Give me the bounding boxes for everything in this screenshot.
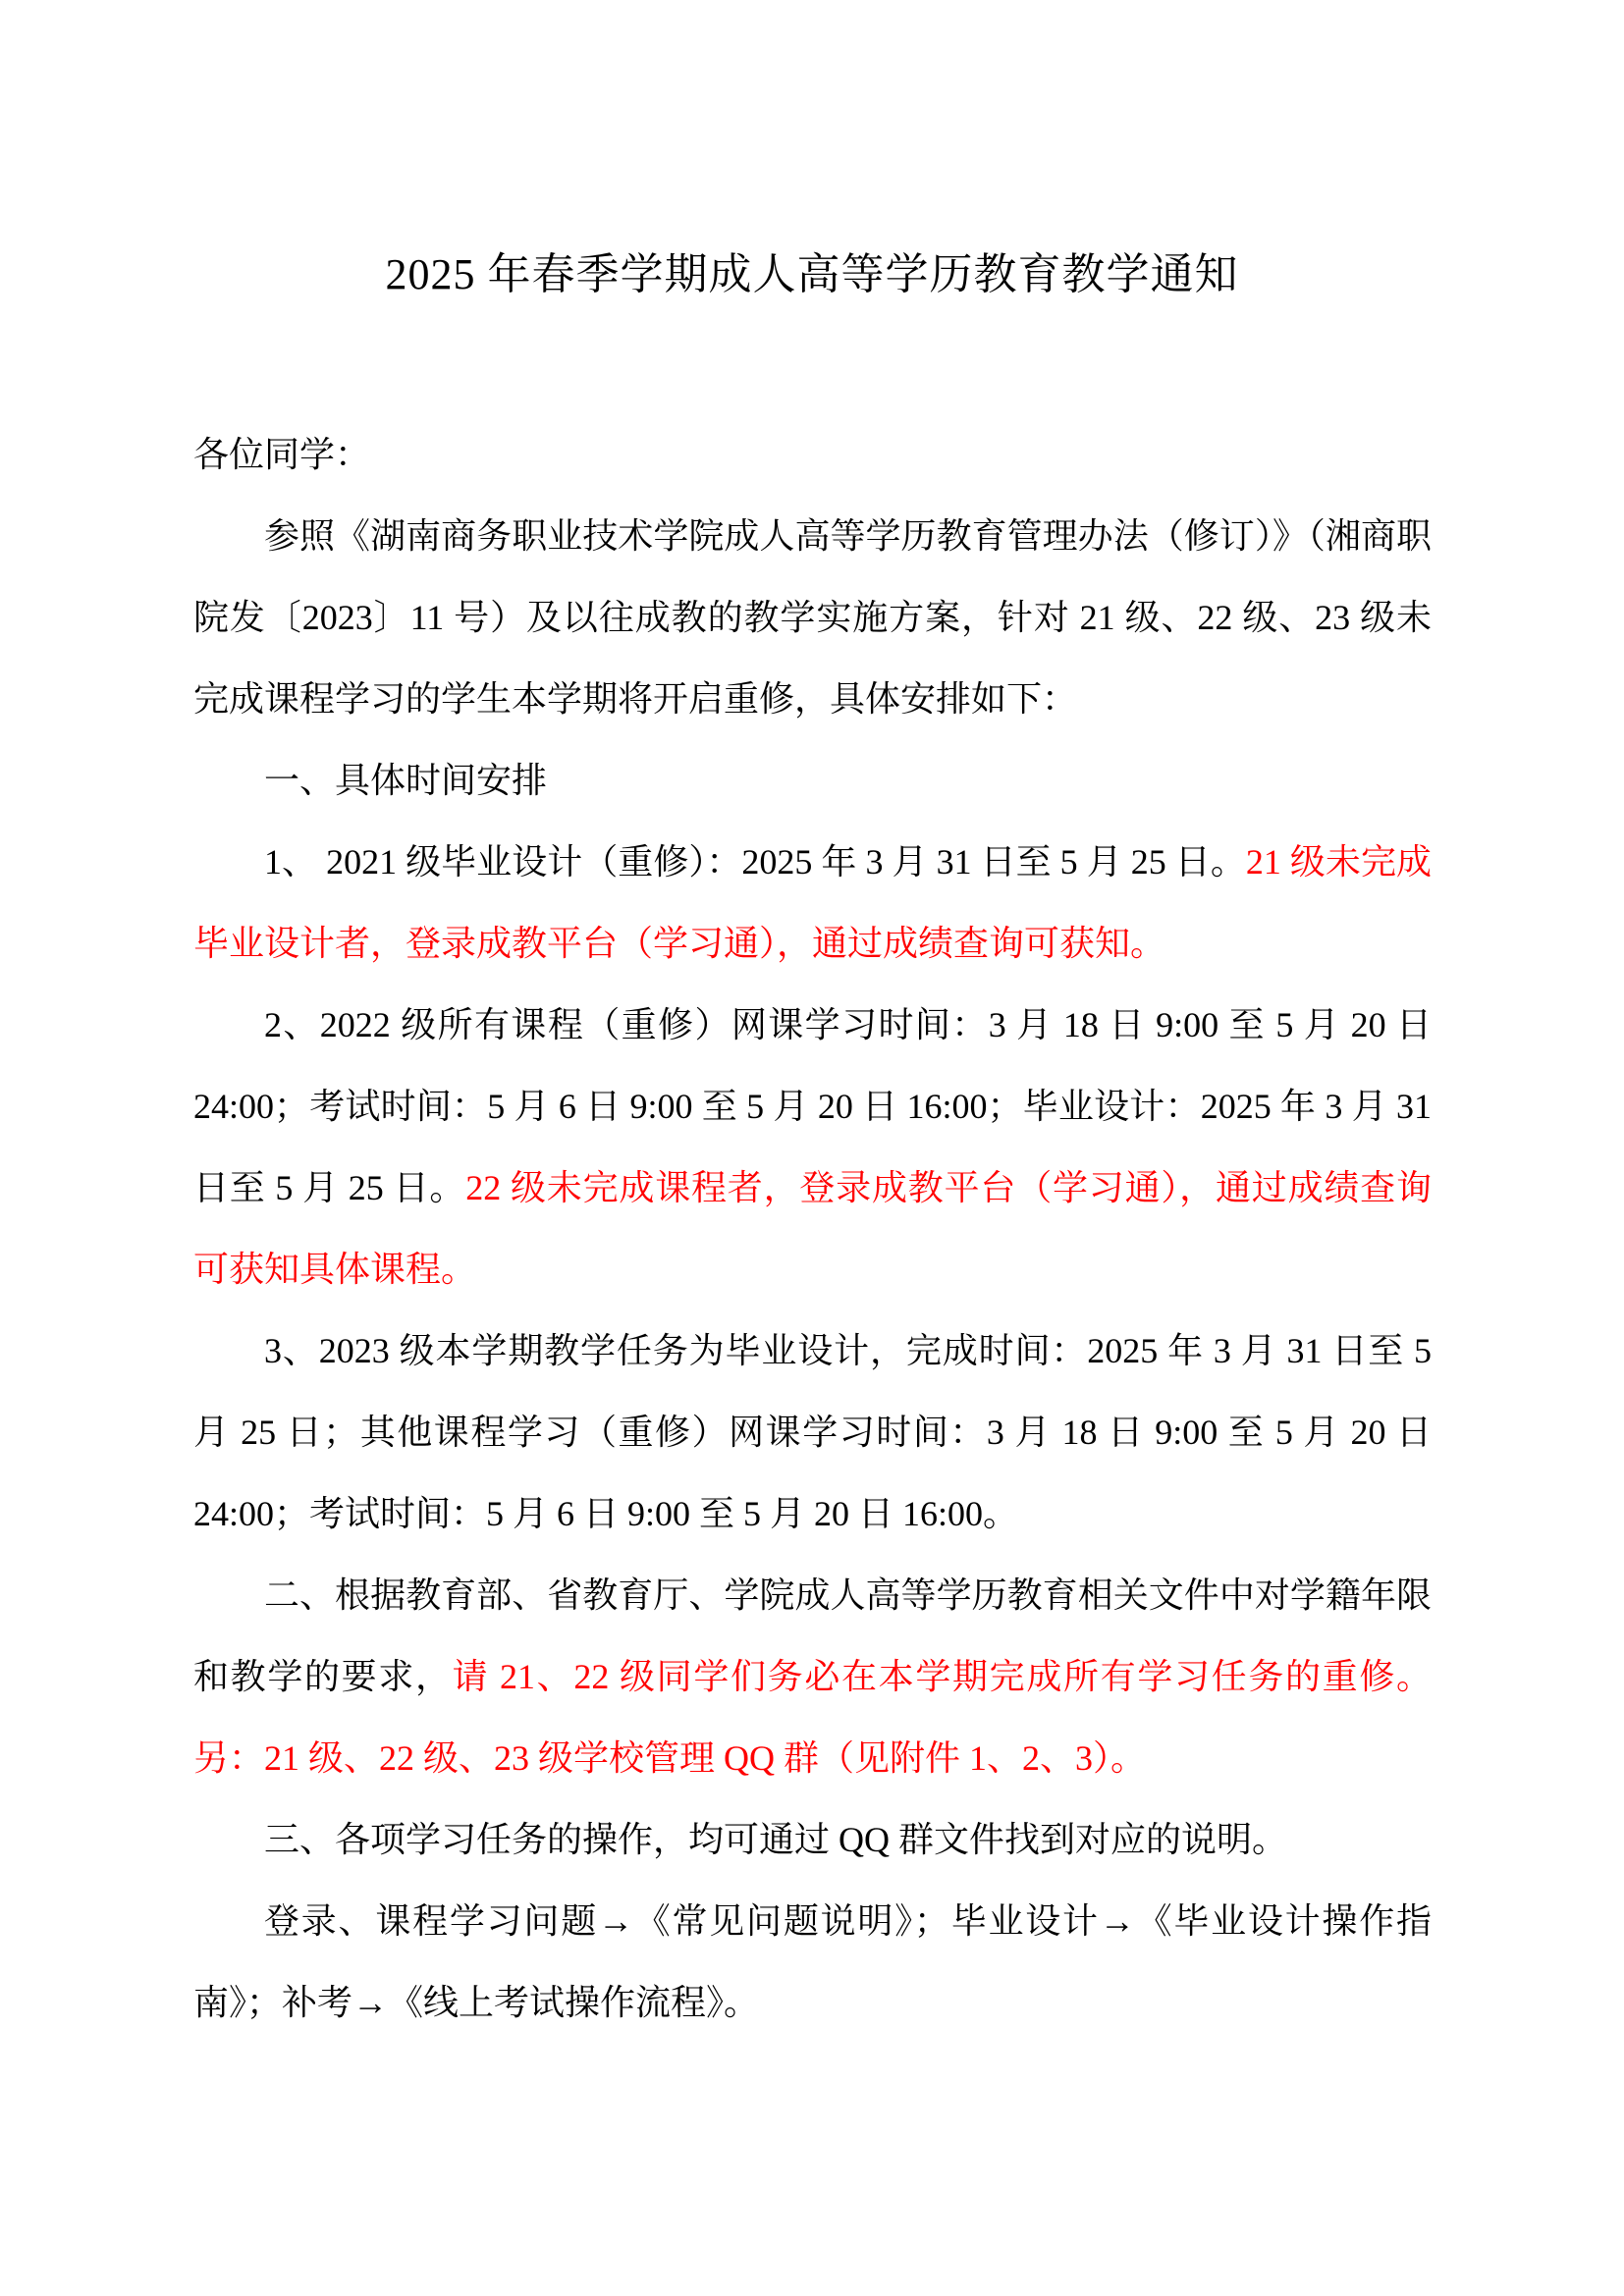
paragraph: 3、2023 级本学期教学任务为毕业设计，完成时间：2025 年 3 月 31 … <box>193 1310 1432 1555</box>
document-title: 2025 年春季学期成人高等学历教育教学通知 <box>0 0 1624 304</box>
text-run: 各位同学： <box>193 435 370 474</box>
paragraph: 一、具体时间安排 <box>193 740 1432 822</box>
text-run: 三、各项学习任务的操作，均可通过 QQ 群文件找到对应的说明。 <box>264 1820 1287 1859</box>
text-run: 参照《湖南商务职业技术学院成人高等学历教育管理办法（修订）》（湘商职院发〔202… <box>193 516 1432 719</box>
paragraph: 参照《湖南商务职业技术学院成人高等学历教育管理办法（修订）》（湘商职院发〔202… <box>193 496 1432 740</box>
paragraph: 各位同学： <box>193 414 1432 496</box>
text-run: 一、具体时间安排 <box>264 761 547 800</box>
text-run: 登录、课程学习问题→《常见问题说明》；毕业设计→《毕业设计操作指南》；补考→《线… <box>193 1901 1432 2022</box>
text-run: 3、2023 级本学期教学任务为毕业设计，完成时间：2025 年 3 月 31 … <box>193 1331 1432 1533</box>
text-run: 1、 2021 级毕业设计（重修）：2025 年 3 月 31 日至 5 月 2… <box>264 842 1246 881</box>
document-page: 2025 年春季学期成人高等学历教育教学通知 各位同学：参照《湖南商务职业技术学… <box>0 0 1624 2296</box>
paragraph: 1、 2021 级毕业设计（重修）：2025 年 3 月 31 日至 5 月 2… <box>193 822 1432 985</box>
document-body: 各位同学：参照《湖南商务职业技术学院成人高等学历教育管理办法（修订）》（湘商职院… <box>193 414 1432 2044</box>
paragraph: 二、根据教育部、省教育厅、学院成人高等学历教育相关文件中对学籍年限和教学的要求，… <box>193 1555 1432 1799</box>
paragraph: 三、各项学习任务的操作，均可通过 QQ 群文件找到对应的说明。 <box>193 1799 1432 1881</box>
paragraph: 2、2022 级所有课程（重修）网课学习时间：3 月 18 日 9:00 至 5… <box>193 985 1432 1310</box>
paragraph: 登录、课程学习问题→《常见问题说明》；毕业设计→《毕业设计操作指南》；补考→《线… <box>193 1881 1432 2044</box>
